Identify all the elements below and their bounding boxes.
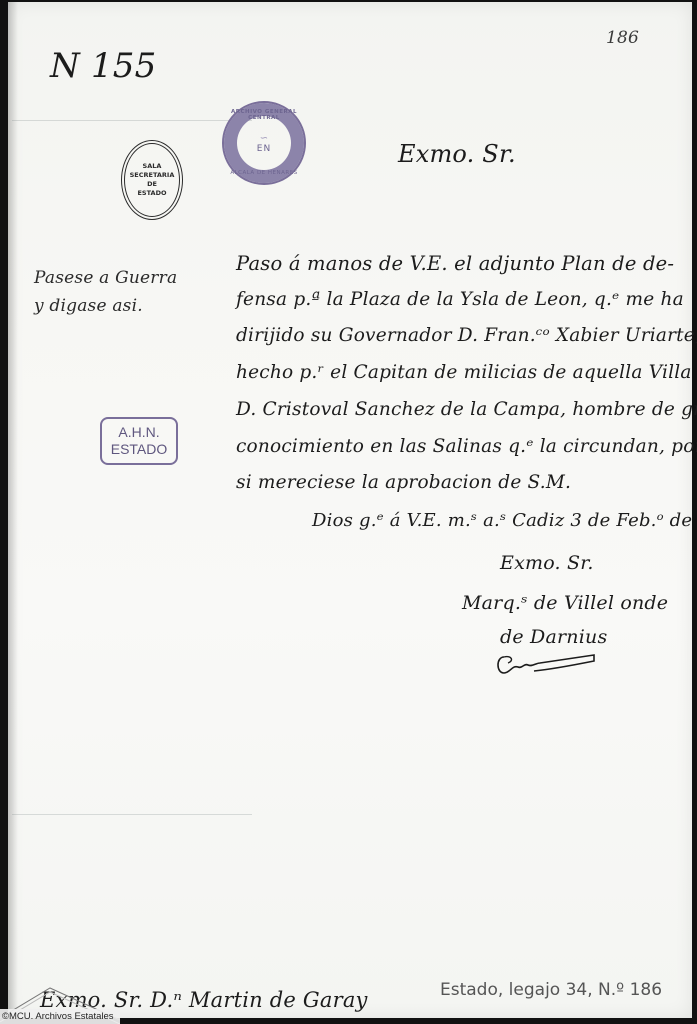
body-line: dirijido su Governador D. Fran.ᶜᵒ Xabier… [236, 325, 697, 346]
body-line: D. Cristoval Sanchez de la Campa, hombre… [236, 399, 697, 420]
stamp-text: ESTADO [137, 189, 166, 198]
body-line: fensa p.ª la Plaza de la Ysla de Leon, q… [236, 289, 684, 310]
copyright-watermark: ©MCU. Archivos Estatales [0, 1009, 120, 1024]
stamp-text: A.H.N. [118, 424, 159, 442]
paper-crease [12, 814, 252, 815]
body-line: si mereciese la aprobacion de S.M. [236, 472, 571, 493]
margin-note-line: Pasese a Guerra [34, 268, 177, 288]
stamp-emblem-icon: ∽ [260, 133, 268, 144]
body-line: hecho p.ʳ el Capitan de milicias de aque… [236, 362, 692, 383]
stamp-bottom-text: ALCALA DE HENARES [224, 170, 304, 176]
margin-note-line: y digase asi. [34, 296, 143, 316]
body-line: conocimiento en las Salinas q.ᵉ la circu… [236, 436, 697, 457]
closing-line: Dios g.ᵉ á V.E. m.ˢ a.ˢ Cadiz 3 de Feb.ᵒ… [312, 510, 697, 531]
signature-salutation: Exmo. Sr. [500, 552, 594, 574]
stamp-center-text: EN [257, 144, 271, 154]
body-line: Paso á manos de V.E. el adjunto Plan de … [236, 252, 674, 275]
number-mark: N 155 [50, 46, 156, 86]
archive-reference: Estado, legajo 34, N.º 186 [440, 980, 662, 1000]
signature-line: Marq.ˢ de Villel onde [462, 592, 668, 614]
paper-crease [12, 120, 252, 121]
stamp-text: ESTADO [111, 441, 168, 459]
folio-number: 186 [606, 28, 639, 48]
archivo-general-central-stamp: ARCHIVO GENERAL CENTRAL ∽ EN ALCALA DE H… [222, 101, 306, 185]
secretaria-estado-stamp: SALA SECRETARIA DE ESTADO [121, 140, 183, 220]
stamp-text: SALA [143, 162, 162, 171]
salutation: Exmo. Sr. [398, 140, 516, 168]
stamp-text: SECRETARIA [130, 171, 175, 180]
stamp-ring-text: ARCHIVO GENERAL CENTRAL [224, 109, 304, 121]
signature-rubric-icon [494, 651, 598, 677]
ahn-estado-stamp: A.H.N. ESTADO [100, 417, 178, 465]
signature-line: de Darnius [500, 626, 607, 648]
stamp-text: DE [147, 180, 157, 189]
